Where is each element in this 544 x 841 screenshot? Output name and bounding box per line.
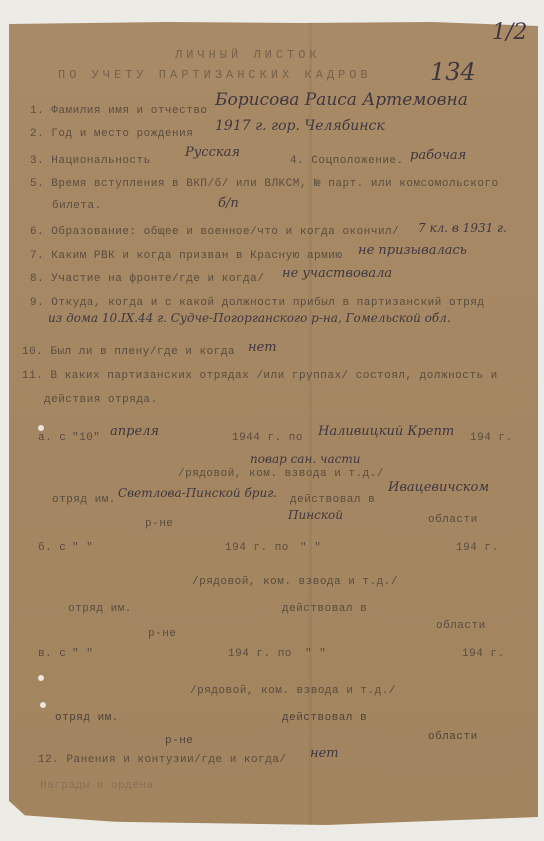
block-b-to: " " [300, 542, 321, 554]
doc-title: ЛИЧНЫЙ ЛИСТОК [175, 48, 321, 62]
field-12-value: нет [310, 746, 339, 761]
block-b-acted-label: действовал в [282, 603, 367, 615]
field-10-label: 10. Был ли в плену/где и когда [22, 346, 235, 358]
sheet-number: 134 [430, 58, 476, 86]
block-c-to-year: 194 г. [462, 648, 505, 660]
block-c-acted-label: действовал в [282, 712, 367, 724]
field-5-value: б/п [218, 196, 239, 211]
field-8-value: не участвовала [282, 266, 392, 281]
block-a-acted-label: действовал в [290, 494, 375, 506]
field-5-label-cont: билета. [52, 200, 102, 212]
faint-bottom-text: Награды и ордена [40, 780, 154, 792]
block-a-to-year: 194 г. [470, 432, 513, 444]
block-b-day: " " [72, 542, 93, 554]
field-4-label: 4. Соцположение. [290, 155, 404, 167]
block-a-prefix: а. с [38, 432, 66, 444]
block-a-to: Наливицкий Крепт [318, 424, 454, 439]
field-1-value: Борисова Раиса Артемовна [215, 90, 468, 110]
field-3-label: 3. Национальность [30, 155, 151, 167]
block-c-year: 194 г. по [228, 648, 292, 660]
block-c-unit-label: отряд им. [55, 712, 119, 724]
field-3-value: Русская [185, 145, 240, 160]
block-a-month: апреля [110, 424, 159, 439]
corner-mark: 1/2 [492, 20, 527, 45]
block-b-prefix: б. с [38, 542, 66, 554]
block-a-acted-value: Ивацевичском [388, 480, 489, 495]
block-b-position-hint: /рядовой, ком. взвода и т.д./ [192, 576, 398, 588]
field-2-label: 2. Год и место рождения [30, 128, 193, 140]
field-8-label: 8. Участие на фронте/где и когда/ [30, 273, 264, 285]
block-a-region-label: области [428, 514, 478, 526]
block-a-position-value: повар сан. части [250, 452, 360, 466]
block-c-prefix: в. с [38, 648, 66, 660]
punch-hole [38, 425, 44, 431]
block-a-year: 1944 г. по [232, 432, 303, 444]
block-c-day: " " [72, 648, 93, 660]
block-a-unit-label: отряд им. [52, 494, 116, 506]
field-5-label: 5. Время вступления в ВКП/б/ или ВЛКСМ, … [30, 178, 499, 190]
field-4-value: рабочая [410, 148, 466, 163]
block-c-to: " " [305, 648, 326, 660]
field-7-label: 7. Каким РВК и когда призван в Красную а… [30, 250, 342, 262]
field-11-label: 11. В каких партизанских отрядах /или гр… [22, 370, 498, 382]
block-b-year: 194 г. по [225, 542, 289, 554]
field-9-label: 9. Откуда, когда и с какой должности при… [30, 297, 484, 309]
field-1-label: 1. Фамилия имя и отчество [30, 105, 208, 117]
block-a-position-hint: /рядовой, ком. взвода и т.д./ [178, 468, 384, 480]
field-2-value: 1917 г. гор. Челябинск [215, 118, 385, 134]
punch-hole [40, 702, 46, 708]
field-7-value: не призывалась [358, 243, 467, 258]
block-b-region-label: области [436, 620, 486, 632]
punch-hole [38, 675, 44, 681]
block-a-district-label: р-не [145, 518, 173, 530]
block-a-unit-value: Светлова-Пинской бриг. [118, 486, 277, 500]
block-b-to-year: 194 г. [456, 542, 499, 554]
field-12-label: 12. Ранения и контузии/где и когда/ [38, 754, 287, 766]
block-c-position-hint: /рядовой, ком. взвода и т.д./ [190, 685, 396, 697]
block-a-region-value: Пинской [288, 508, 343, 522]
block-c-district-label: р-не [165, 735, 193, 747]
doc-subtitle: ПО УЧЕТУ ПАРТИЗАНСКИХ КАДРОВ [58, 68, 372, 82]
document-sheet [9, 22, 538, 825]
field-9-value: из дома 10.IX.44 г. Судче-Погорганского … [48, 311, 451, 325]
block-b-unit-label: отряд им. [68, 603, 132, 615]
field-10-value: нет [248, 340, 277, 355]
field-11-label-cont: действия отряда. [44, 394, 158, 406]
field-6-label: 6. Образование: общее и военное/что и ко… [30, 226, 399, 238]
block-b-district-label: р-не [148, 628, 176, 640]
block-c-region-label: области [428, 731, 478, 743]
field-6-value: 7 кл. в 1931 г. [418, 221, 507, 235]
block-a-day: "10" [72, 432, 100, 444]
